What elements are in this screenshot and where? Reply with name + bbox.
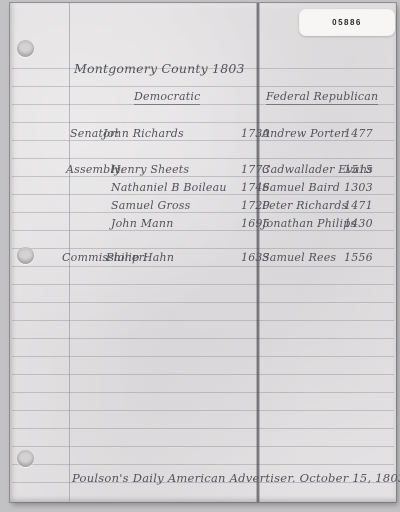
table-row: John Mann 1695 Jonathan Philips 1430 (10, 217, 396, 235)
fed-vote-count: 1477 (344, 127, 373, 140)
fed-candidate-name: Andrew Porter (262, 127, 346, 140)
column-header-democratic: Democratic (134, 90, 200, 105)
dem-candidate-name: John Richards (103, 127, 184, 140)
page-number-stamp: 05886 (299, 9, 395, 36)
ledger-page: 05886 Montgomery County 1803 Democratic … (10, 3, 396, 502)
fed-vote-count: 1430 (344, 217, 373, 230)
fed-candidate-name: Samuel Baird (262, 181, 340, 194)
fed-vote-count: 1303 (344, 181, 373, 194)
fed-candidate-name: Peter Richards (262, 199, 347, 212)
stamp-number: 05886 (332, 18, 362, 27)
dem-candidate-name: John Mann (111, 217, 174, 230)
dem-candidate-name: Nathaniel B Boileau (111, 181, 227, 194)
hole-punch (17, 40, 34, 57)
fed-vote-count: 1556 (344, 251, 373, 264)
dem-candidate-name: Philip Hahn (106, 251, 174, 264)
table-row: Commissioner: Philip Hahn 1633 Samuel Re… (10, 251, 396, 269)
fed-vote-count: 1471 (344, 199, 373, 212)
column-header-federal-republican: Federal Republican (266, 90, 378, 105)
fed-vote-count: 1515 (344, 163, 373, 176)
fed-candidate-name: Samuel Rees (262, 251, 336, 264)
hole-punch (17, 450, 34, 467)
document-title: Montgomery County 1803 (74, 61, 245, 76)
source-citation: Poulson's Daily American Advertiser. Oct… (72, 471, 400, 485)
table-row: Assembly: Henry Sheets 1773 Cadwallader … (10, 163, 396, 181)
table-row: Samuel Gross 1720 Peter Richards 1471 (10, 199, 396, 217)
table-row: Nathaniel B Boileau 1746 Samuel Baird 13… (10, 181, 396, 199)
scanned-document: 05886 Montgomery County 1803 Democratic … (0, 0, 400, 512)
dem-candidate-name: Samuel Gross (111, 199, 191, 212)
table-row: Senator: John Richards 1730 Andrew Porte… (10, 127, 396, 145)
dem-candidate-name: Henry Sheets (111, 163, 189, 176)
fed-candidate-name: Jonathan Philips (262, 217, 356, 230)
